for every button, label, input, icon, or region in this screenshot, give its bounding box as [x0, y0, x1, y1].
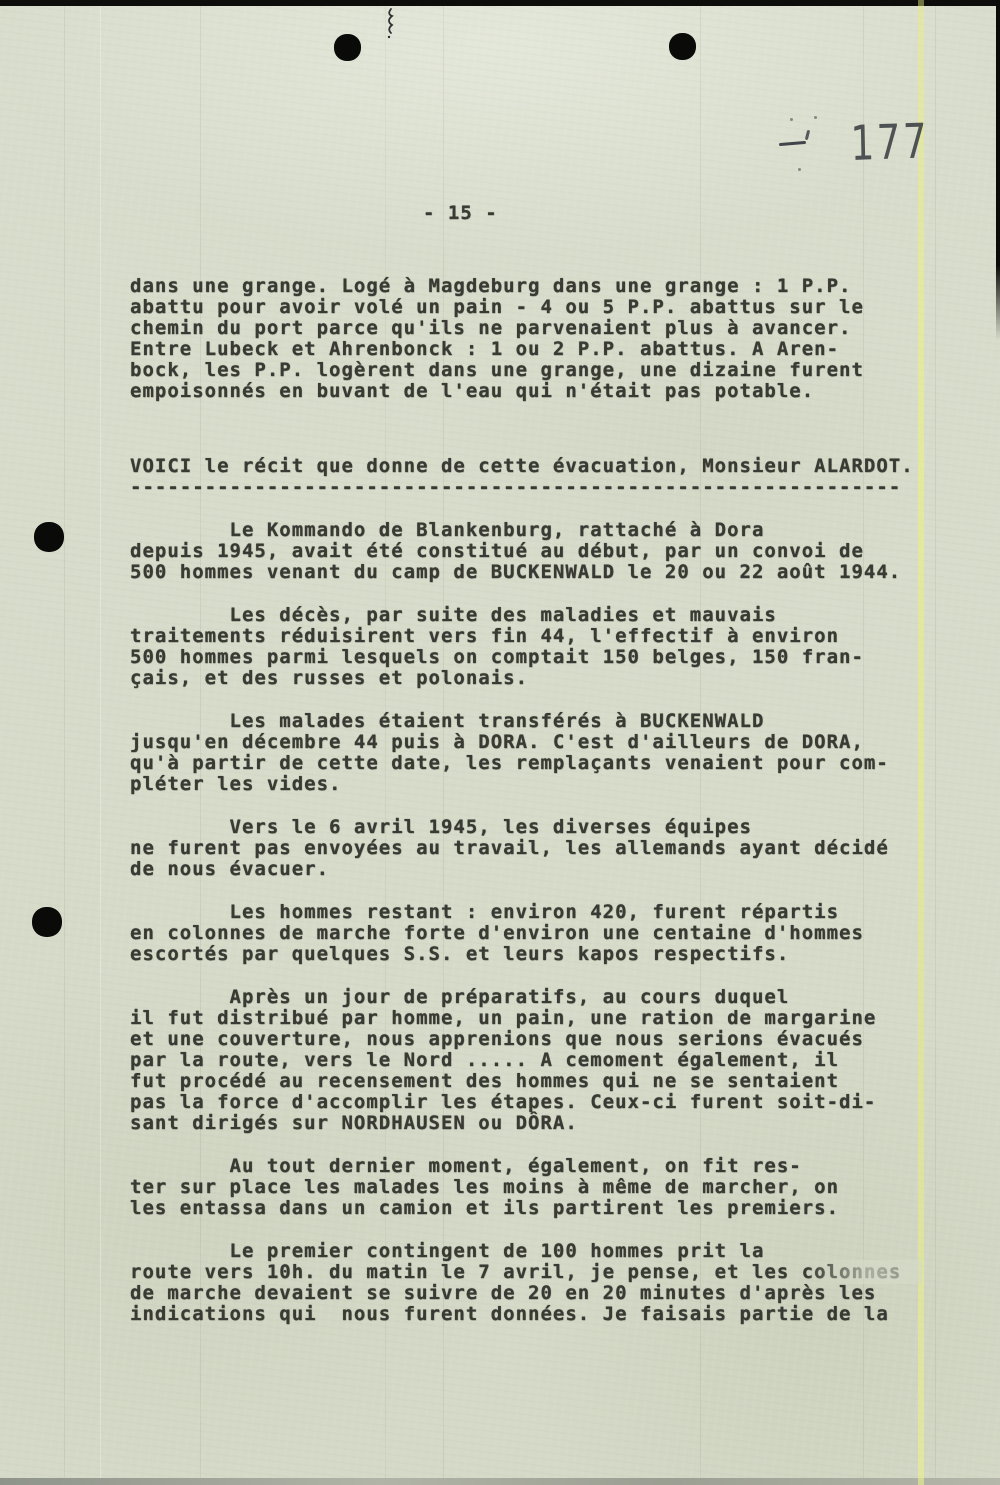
pen-squiggle-mark	[380, 6, 400, 48]
text-line: empoisonnés en buvant de l'eau qui n'éta…	[130, 381, 940, 402]
paragraph: Les décès, par suite des maladies et mau…	[130, 605, 940, 689]
punch-hole	[32, 907, 62, 937]
paragraph: Les hommes restant : environ 420, furent…	[130, 902, 940, 965]
text-line: il fut distribué par homme, un pain, une…	[130, 1008, 940, 1029]
scanned-page: 177 - 15 - dans une grange. Logé à Magde…	[0, 0, 1000, 1485]
text-line: 500 hommes parmi lesquels on comptait 15…	[130, 647, 940, 668]
text-line: Vers le 6 avril 1945, les diverses équip…	[130, 817, 940, 838]
paragraph: Le Kommando de Blankenburg, rattaché à D…	[130, 520, 940, 583]
text-line: Le premier contingent de 100 hommes prit…	[130, 1241, 940, 1262]
text-line: jusqu'en décembre 44 puis à DORA. C'est …	[130, 732, 940, 753]
text-line: de nous évacuer.	[130, 859, 940, 880]
text-line: Les décès, par suite des maladies et mau…	[130, 605, 940, 626]
text-line: ne furent pas envoyées au travail, les a…	[130, 838, 940, 859]
text-line: Au tout dernier moment, également, on fi…	[130, 1156, 940, 1177]
pen-dot-mark	[790, 118, 793, 121]
text-line: les entassa dans un camion et ils partir…	[130, 1198, 940, 1219]
paragraph: Au tout dernier moment, également, on fi…	[130, 1156, 940, 1219]
text-line: 500 hommes venant du camp de BUCKENWALD …	[130, 562, 940, 583]
text-line: par la route, vers le Nord ..... A cemom…	[130, 1050, 940, 1071]
text-line: ter sur place les malades les moins à mê…	[130, 1177, 940, 1198]
crease-line	[100, 0, 101, 1485]
pen-dot-mark	[798, 168, 801, 171]
text-line: depuis 1945, avait été constitué au débu…	[130, 541, 940, 562]
paragraph: Les malades étaient transférés à BUCKENW…	[130, 711, 940, 795]
text-line: traitements réduisirent vers fin 44, l'e…	[130, 626, 940, 647]
ink-fade-artifact	[806, 1260, 922, 1284]
text-line: çais, et des russes et polonais.	[130, 668, 940, 689]
paragraph: Après un jour de préparatifs, au cours d…	[130, 987, 940, 1134]
section-heading: VOICI le récit que donne de cette évacua…	[130, 456, 940, 498]
scan-edge-right	[996, 0, 1000, 340]
text-line: qu'à partir de cette date, les remplaçan…	[130, 753, 940, 774]
punch-hole	[334, 34, 361, 61]
punch-hole	[669, 33, 696, 60]
text-line: ----------------------------------------…	[130, 477, 940, 498]
paragraph: dans une grange. Logé à Magdeburg dans u…	[130, 276, 940, 402]
pen-dot-mark	[814, 116, 817, 119]
typed-text: dans une grange. Logé à Magdeburg dans u…	[130, 276, 940, 1325]
pen-dash-mark	[779, 141, 806, 146]
text-line: VOICI le récit que donne de cette évacua…	[130, 456, 940, 477]
text-line: et une couverture, nous apprenions que n…	[130, 1029, 940, 1050]
pen-tick-mark	[805, 130, 810, 140]
text-line: bock, les P.P. logèrent dans une grange,…	[130, 360, 940, 381]
text-line: chemin du port parce qu'ils ne parvenaie…	[130, 318, 940, 339]
text-line: escortés par quelques S.S. et leurs kapo…	[130, 944, 940, 965]
text-line: Après un jour de préparatifs, au cours d…	[130, 987, 940, 1008]
scan-edge-top	[0, 0, 1000, 6]
page-number: - 15 -	[423, 203, 498, 224]
page-stamp-number: 177	[850, 113, 930, 172]
text-line: indications qui nous furent données. Je …	[130, 1304, 940, 1325]
text-line: abattu pour avoir volé un pain - 4 ou 5 …	[130, 297, 940, 318]
text-line: Les hommes restant : environ 420, furent…	[130, 902, 940, 923]
text-line: pléter les vides.	[130, 774, 940, 795]
punch-hole	[34, 522, 64, 552]
crease-line	[64, 0, 65, 1485]
paragraph: Vers le 6 avril 1945, les diverses équip…	[130, 817, 940, 880]
text-line: fut procédé au recensement des hommes qu…	[130, 1071, 940, 1092]
text-line: sant dirigés sur NORDHAUSEN ou DÔRA.	[130, 1113, 940, 1134]
text-line: de marche devaient se suivre de 20 en 20…	[130, 1283, 940, 1304]
text-line: dans une grange. Logé à Magdeburg dans u…	[130, 276, 940, 297]
text-line: Le Kommando de Blankenburg, rattaché à D…	[130, 520, 940, 541]
scan-edge-bottom	[0, 1478, 1000, 1485]
text-line: Les malades étaient transférés à BUCKENW…	[130, 711, 940, 732]
text-line: en colonnes de marche forte d'environ un…	[130, 923, 940, 944]
text-line: Entre Lubeck et Ahrenbonck : 1 ou 2 P.P.…	[130, 339, 940, 360]
text-line: pas la force d'accomplir les étapes. Ceu…	[130, 1092, 940, 1113]
